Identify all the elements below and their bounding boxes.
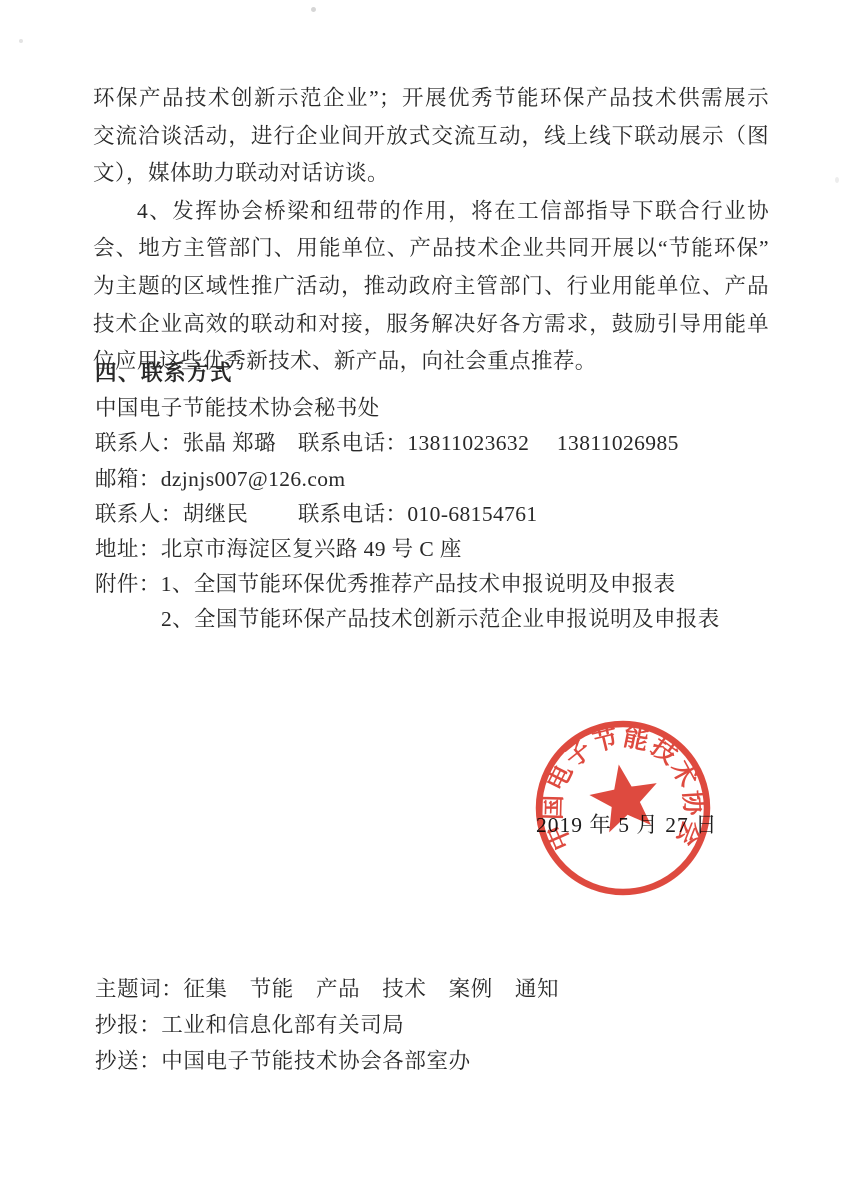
contact-heading: 四、联系方式 xyxy=(95,356,795,391)
footer-copy-send: 抄送：中国电子节能技术协会各部室办 xyxy=(95,1043,795,1079)
scan-speck xyxy=(19,39,23,43)
footer-distribution: 主题词：征集 节能 产品 技术 案例 通知 抄报：工业和信息化部有关司局 抄送：… xyxy=(95,971,795,1079)
footer-copy-report: 抄报：工业和信息化部有关司局 xyxy=(95,1007,795,1043)
scan-speck xyxy=(835,177,839,183)
attachment-line-1: 附件：1、全国节能环保优秀推荐产品技术申报说明及申报表 xyxy=(95,567,795,602)
contact-line-person-2: 联系人：胡继民 联系电话：010-68154761 xyxy=(95,497,795,532)
contact-section: 四、联系方式 中国电子节能技术协会秘书处 联系人：张晶 郑璐 联系电话：1381… xyxy=(95,356,795,638)
body-line: 会、地方主管部门、用能单位、产品技术企业共同开展以“节能环保” xyxy=(93,230,769,268)
attachment-line-2: 2、全国节能环保产品技术创新示范企业申报说明及申报表 xyxy=(95,602,795,637)
document-page: 环保产品技术创新示范企业”；开展优秀节能环保产品技术供需展示 交流洽谈活动，进行… xyxy=(0,0,849,1200)
scan-speck xyxy=(311,7,316,12)
contact-line-address: 地址：北京市海淀区复兴路 49 号 C 座 xyxy=(95,532,795,567)
body-line: 为主题的区域性推广活动，推动政府主管部门、行业用能单位、产品 xyxy=(93,268,769,306)
contact-line-email: 邮箱：dzjnjs007@126.com xyxy=(95,462,795,497)
contact-line-secretariat: 中国电子节能技术协会秘书处 xyxy=(95,391,795,426)
body-line: 技术企业高效的联动和对接，服务解决好各方需求，鼓励引导用能单 xyxy=(93,306,769,344)
footer-keywords: 主题词：征集 节能 产品 技术 案例 通知 xyxy=(95,971,795,1007)
body-line: 交流洽谈活动，进行企业间开放式交流互动，线上线下联动展示（图 xyxy=(93,118,769,156)
body-line: 文），媒体助力联动对话访谈。 xyxy=(93,155,769,193)
star-icon xyxy=(585,759,664,835)
contact-line-person-1: 联系人：张晶 郑璐 联系电话：13811023632 13811026985 xyxy=(95,426,795,461)
body-line: 4、发挥协会桥梁和纽带的作用，将在工信部指导下联合行业协 xyxy=(93,193,769,231)
body-paragraphs: 环保产品技术创新示范企业”；开展优秀节能环保产品技术供需展示 交流洽谈活动，进行… xyxy=(93,80,769,381)
official-seal-stamp: 中国电子节能技术协会 xyxy=(523,708,723,908)
body-line: 环保产品技术创新示范企业”；开展优秀节能环保产品技术供需展示 xyxy=(93,80,769,118)
